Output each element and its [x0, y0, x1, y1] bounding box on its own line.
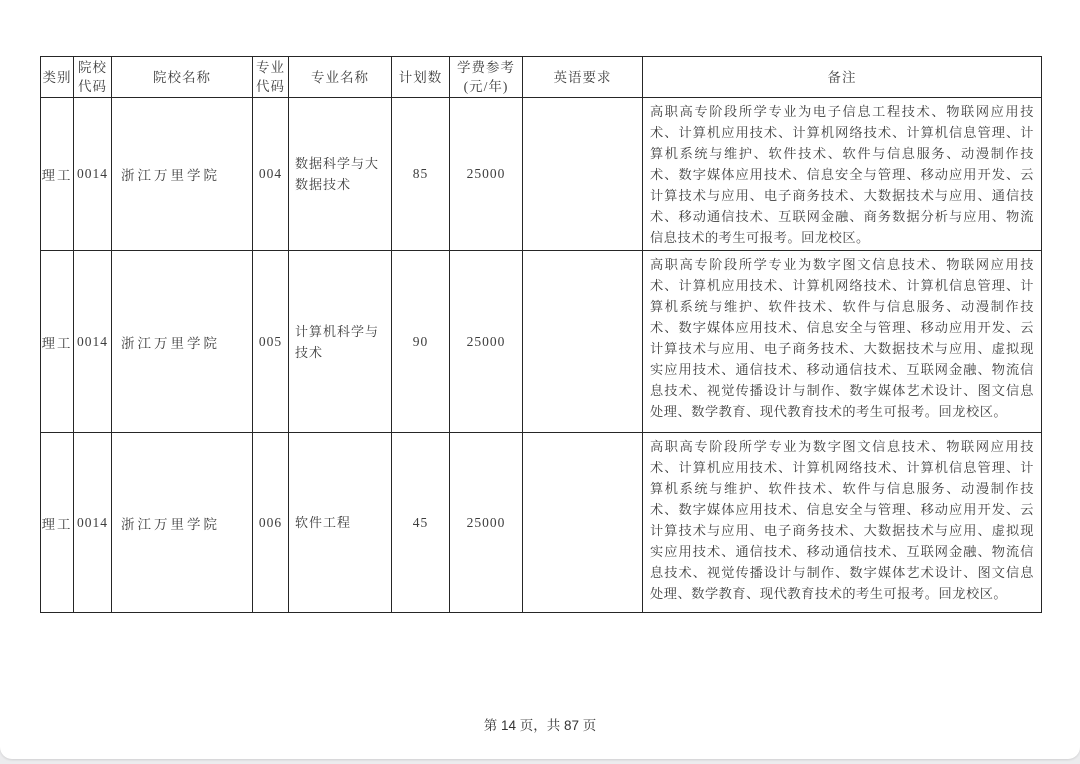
cell-plan-count: 90 — [392, 251, 450, 433]
header-major-code: 专业 代码 — [253, 57, 289, 98]
cell-tuition: 25000 — [450, 433, 523, 613]
cell-major-name: 软件工程 — [289, 433, 392, 613]
cell-college-code: 0014 — [74, 98, 112, 251]
cell-category: 理工 — [41, 433, 74, 613]
cell-major-code: 005 — [253, 251, 289, 433]
cell-remarks: 高职高专阶段所学专业为数字图文信息技术、物联网应用技术、计算机应用技术、计算机网… — [643, 251, 1042, 433]
header-remarks: 备注 — [643, 57, 1042, 98]
header-college-name: 院校名称 — [112, 57, 253, 98]
cell-major-name: 数据科学与大数据技术 — [289, 98, 392, 251]
cell-college-name: 浙江万里学院 — [112, 251, 253, 433]
cell-college-name: 浙江万里学院 — [112, 433, 253, 613]
header-category: 类别 — [41, 57, 74, 98]
cell-tuition: 25000 — [450, 98, 523, 251]
cell-plan-count: 85 — [392, 98, 450, 251]
cell-category: 理工 — [41, 251, 74, 433]
cell-college-code: 0014 — [74, 433, 112, 613]
cell-major-name: 计算机科学与技术 — [289, 251, 392, 433]
cell-college-code: 0014 — [74, 251, 112, 433]
cell-plan-count: 45 — [392, 433, 450, 613]
cell-remarks: 高职高专阶段所学专业为数字图文信息技术、物联网应用技术、计算机应用技术、计算机网… — [643, 433, 1042, 613]
cell-english-req — [523, 251, 643, 433]
cell-major-code: 006 — [253, 433, 289, 613]
page-number-indicator: 第 14 页，共 87 页 — [0, 714, 1080, 734]
header-tuition: 学费参考 (元/年) — [450, 57, 523, 98]
admission-plan-table: 类别 院校 代码 院校名称 专业 代码 专业名称 计划数 学费参考 (元/年) … — [40, 56, 1042, 613]
cell-remarks: 高职高专阶段所学专业为电子信息工程技术、物联网应用技术、计算机应用技术、计算机网… — [643, 98, 1042, 251]
table-row: 理工 0014 浙江万里学院 004 数据科学与大数据技术 85 25000 高… — [41, 98, 1042, 251]
cell-tuition: 25000 — [450, 251, 523, 433]
scanned-document-page: 类别 院校 代码 院校名称 专业 代码 专业名称 计划数 学费参考 (元/年) … — [0, 0, 1080, 759]
table-row: 理工 0014 浙江万里学院 005 计算机科学与技术 90 25000 高职高… — [41, 251, 1042, 433]
cell-college-name: 浙江万里学院 — [112, 98, 253, 251]
table-header-row: 类别 院校 代码 院校名称 专业 代码 专业名称 计划数 学费参考 (元/年) … — [41, 57, 1042, 98]
cell-english-req — [523, 98, 643, 251]
header-college-code: 院校 代码 — [74, 57, 112, 98]
header-plan-count: 计划数 — [392, 57, 450, 98]
cell-major-code: 004 — [253, 98, 289, 251]
cell-category: 理工 — [41, 98, 74, 251]
header-english-req: 英语要求 — [523, 57, 643, 98]
header-major-name: 专业名称 — [289, 57, 392, 98]
cell-english-req — [523, 433, 643, 613]
table-row: 理工 0014 浙江万里学院 006 软件工程 45 25000 高职高专阶段所… — [41, 433, 1042, 613]
